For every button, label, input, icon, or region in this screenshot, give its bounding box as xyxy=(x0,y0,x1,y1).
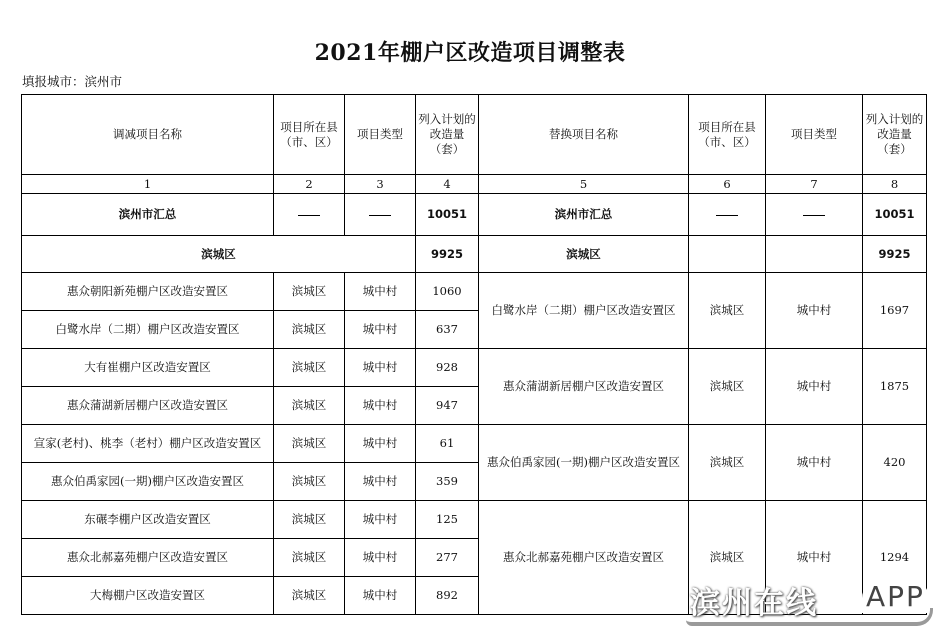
column-index: 4 xyxy=(416,175,479,194)
reduced-project-county: 滨城区 xyxy=(274,349,345,387)
header-county-line2: （市、区） xyxy=(280,135,338,149)
header-county-left: 项目所在县（市、区） xyxy=(274,95,345,175)
column-index: 8 xyxy=(863,175,927,194)
replacement-project-name: 惠众蒲湖新居棚户区改造安置区 xyxy=(479,349,689,425)
header-amount-line1: 列入计划的 xyxy=(866,112,924,126)
district-total-label: 滨城区 xyxy=(22,236,416,273)
column-index: 2 xyxy=(274,175,345,194)
header-amount-line3: （套） xyxy=(877,142,912,156)
adjustment-table: 调减项目名称 项目所在县（市、区） 项目类型 列入计划的改造量（套） 替换项目名… xyxy=(21,94,927,615)
reduced-project-type: 城中村 xyxy=(345,425,416,463)
city-total-label-right: 滨州市汇总 xyxy=(479,194,689,236)
table-row: 东碾李棚户区改造安置区 滨城区 城中村 125 惠众北郝嘉苑棚户区改造安置区 滨… xyxy=(22,501,927,539)
city-total-type-dash xyxy=(345,194,416,236)
replacement-project-county: 滨城区 xyxy=(689,425,766,501)
city-total-amount: 10051 xyxy=(416,194,479,236)
header-amount-left: 列入计划的改造量（套） xyxy=(416,95,479,175)
reduced-project-amount: 1060 xyxy=(416,273,479,311)
reduced-project-name: 惠众蒲湖新居棚户区改造安置区 xyxy=(22,387,274,425)
reduced-project-county: 滨城区 xyxy=(274,425,345,463)
column-index: 1 xyxy=(22,175,274,194)
replacement-project-amount: 1875 xyxy=(863,349,927,425)
district-total-amount: 9925 xyxy=(416,236,479,273)
replacement-project-name: 惠众伯禹家园(一期)棚户区改造安置区 xyxy=(479,425,689,501)
reduced-project-type: 城中村 xyxy=(345,273,416,311)
header-amount-line1: 列入计划的 xyxy=(418,112,476,126)
column-index: 5 xyxy=(479,175,689,194)
reduced-project-type: 城中村 xyxy=(345,501,416,539)
header-row: 调减项目名称 项目所在县（市、区） 项目类型 列入计划的改造量（套） 替换项目名… xyxy=(22,95,927,175)
reduced-project-name: 惠众伯禹家园(一期)棚户区改造安置区 xyxy=(22,463,274,501)
reduced-project-name: 白鹭水岸（二期）棚户区改造安置区 xyxy=(22,311,274,349)
replacement-project-amount: 420 xyxy=(863,425,927,501)
header-amount-line2: 改造量 xyxy=(430,127,465,141)
header-reduced-name: 调减项目名称 xyxy=(22,95,274,175)
replacement-project-county: 滨城区 xyxy=(689,273,766,349)
reduced-project-type: 城中村 xyxy=(345,311,416,349)
city-total-county-dash-right xyxy=(689,194,766,236)
reduced-project-type: 城中村 xyxy=(345,577,416,615)
replacement-project-name: 白鹭水岸（二期）棚户区改造安置区 xyxy=(479,273,689,349)
reduced-project-name: 大有崔棚户区改造安置区 xyxy=(22,349,274,387)
city-total-label: 滨州市汇总 xyxy=(22,194,274,236)
header-amount-line2: 改造量 xyxy=(877,127,912,141)
reduced-project-name: 东碾李棚户区改造安置区 xyxy=(22,501,274,539)
header-county-line1: 项目所在县 xyxy=(698,120,756,134)
dash-mark xyxy=(803,215,825,216)
reduced-project-name: 大梅棚户区改造安置区 xyxy=(22,577,274,615)
replacement-project-name: 惠众北郝嘉苑棚户区改造安置区 xyxy=(479,501,689,615)
header-county-line2: （市、区） xyxy=(698,135,756,149)
replacement-project-county: 滨城区 xyxy=(689,349,766,425)
city-total-type-dash-right xyxy=(766,194,863,236)
table-row: 大有崔棚户区改造安置区 滨城区 城中村 928 惠众蒲湖新居棚户区改造安置区 滨… xyxy=(22,349,927,387)
reduced-project-county: 滨城区 xyxy=(274,539,345,577)
reduced-project-county: 滨城区 xyxy=(274,273,345,311)
district-total-amount-right: 9925 xyxy=(863,236,927,273)
city-total-row: 滨州市汇总 10051 滨州市汇总 10051 xyxy=(22,194,927,236)
district-total-county-empty xyxy=(689,236,766,273)
reduced-project-amount: 928 xyxy=(416,349,479,387)
reduced-project-type: 城中村 xyxy=(345,539,416,577)
dash-mark xyxy=(716,215,738,216)
header-amount-right: 列入计划的改造量（套） xyxy=(863,95,927,175)
reduced-project-amount: 125 xyxy=(416,501,479,539)
reduced-project-name: 惠众北郝嘉苑棚户区改造安置区 xyxy=(22,539,274,577)
replacement-project-county: 滨城区 xyxy=(689,501,766,615)
reduced-project-type: 城中村 xyxy=(345,349,416,387)
reporting-city: 填报城市：滨州市 xyxy=(22,72,122,90)
page-title: 2021年棚户区改造项目调整表 xyxy=(0,36,940,67)
district-total-type-empty xyxy=(766,236,863,273)
column-index: 7 xyxy=(766,175,863,194)
reduced-project-amount: 947 xyxy=(416,387,479,425)
district-total-label-right: 滨城区 xyxy=(479,236,689,273)
reduced-project-county: 滨城区 xyxy=(274,501,345,539)
table-row: 宣家(老村)、桃李（老村）棚户区改造安置区 滨城区 城中村 61 惠众伯禹家园(… xyxy=(22,425,927,463)
replacement-project-amount: 1697 xyxy=(863,273,927,349)
reduced-project-name: 惠众朝阳新苑棚户区改造安置区 xyxy=(22,273,274,311)
header-amount-line3: （套） xyxy=(430,142,465,156)
reduced-project-amount: 637 xyxy=(416,311,479,349)
reduced-project-amount: 892 xyxy=(416,577,479,615)
column-index: 3 xyxy=(345,175,416,194)
column-index: 6 xyxy=(689,175,766,194)
replacement-project-type: 城中村 xyxy=(766,349,863,425)
replacement-project-type: 城中村 xyxy=(766,425,863,501)
header-replacement-name: 替换项目名称 xyxy=(479,95,689,175)
header-type-left: 项目类型 xyxy=(345,95,416,175)
replacement-project-type: 城中村 xyxy=(766,501,863,615)
city-total-county-dash xyxy=(274,194,345,236)
table-row: 惠众朝阳新苑棚户区改造安置区 滨城区 城中村 1060 白鹭水岸（二期）棚户区改… xyxy=(22,273,927,311)
header-type-right: 项目类型 xyxy=(766,95,863,175)
reduced-project-type: 城中村 xyxy=(345,387,416,425)
dash-mark xyxy=(298,215,320,216)
column-index-row: 1 2 3 4 5 6 7 8 xyxy=(22,175,927,194)
district-total-row: 滨城区 9925 滨城区 9925 xyxy=(22,236,927,273)
reduced-project-amount: 277 xyxy=(416,539,479,577)
reduced-project-county: 滨城区 xyxy=(274,311,345,349)
reduced-project-amount: 359 xyxy=(416,463,479,501)
reduced-project-name: 宣家(老村)、桃李（老村）棚户区改造安置区 xyxy=(22,425,274,463)
reduced-project-county: 滨城区 xyxy=(274,577,345,615)
reduced-project-county: 滨城区 xyxy=(274,463,345,501)
reduced-project-county: 滨城区 xyxy=(274,387,345,425)
dash-mark xyxy=(369,215,391,216)
header-county-right: 项目所在县（市、区） xyxy=(689,95,766,175)
reduced-project-type: 城中村 xyxy=(345,463,416,501)
city-total-amount-right: 10051 xyxy=(863,194,927,236)
replacement-project-type: 城中村 xyxy=(766,273,863,349)
reduced-project-amount: 61 xyxy=(416,425,479,463)
replacement-project-amount: 1294 xyxy=(863,501,927,615)
header-county-line1: 项目所在县 xyxy=(280,120,338,134)
